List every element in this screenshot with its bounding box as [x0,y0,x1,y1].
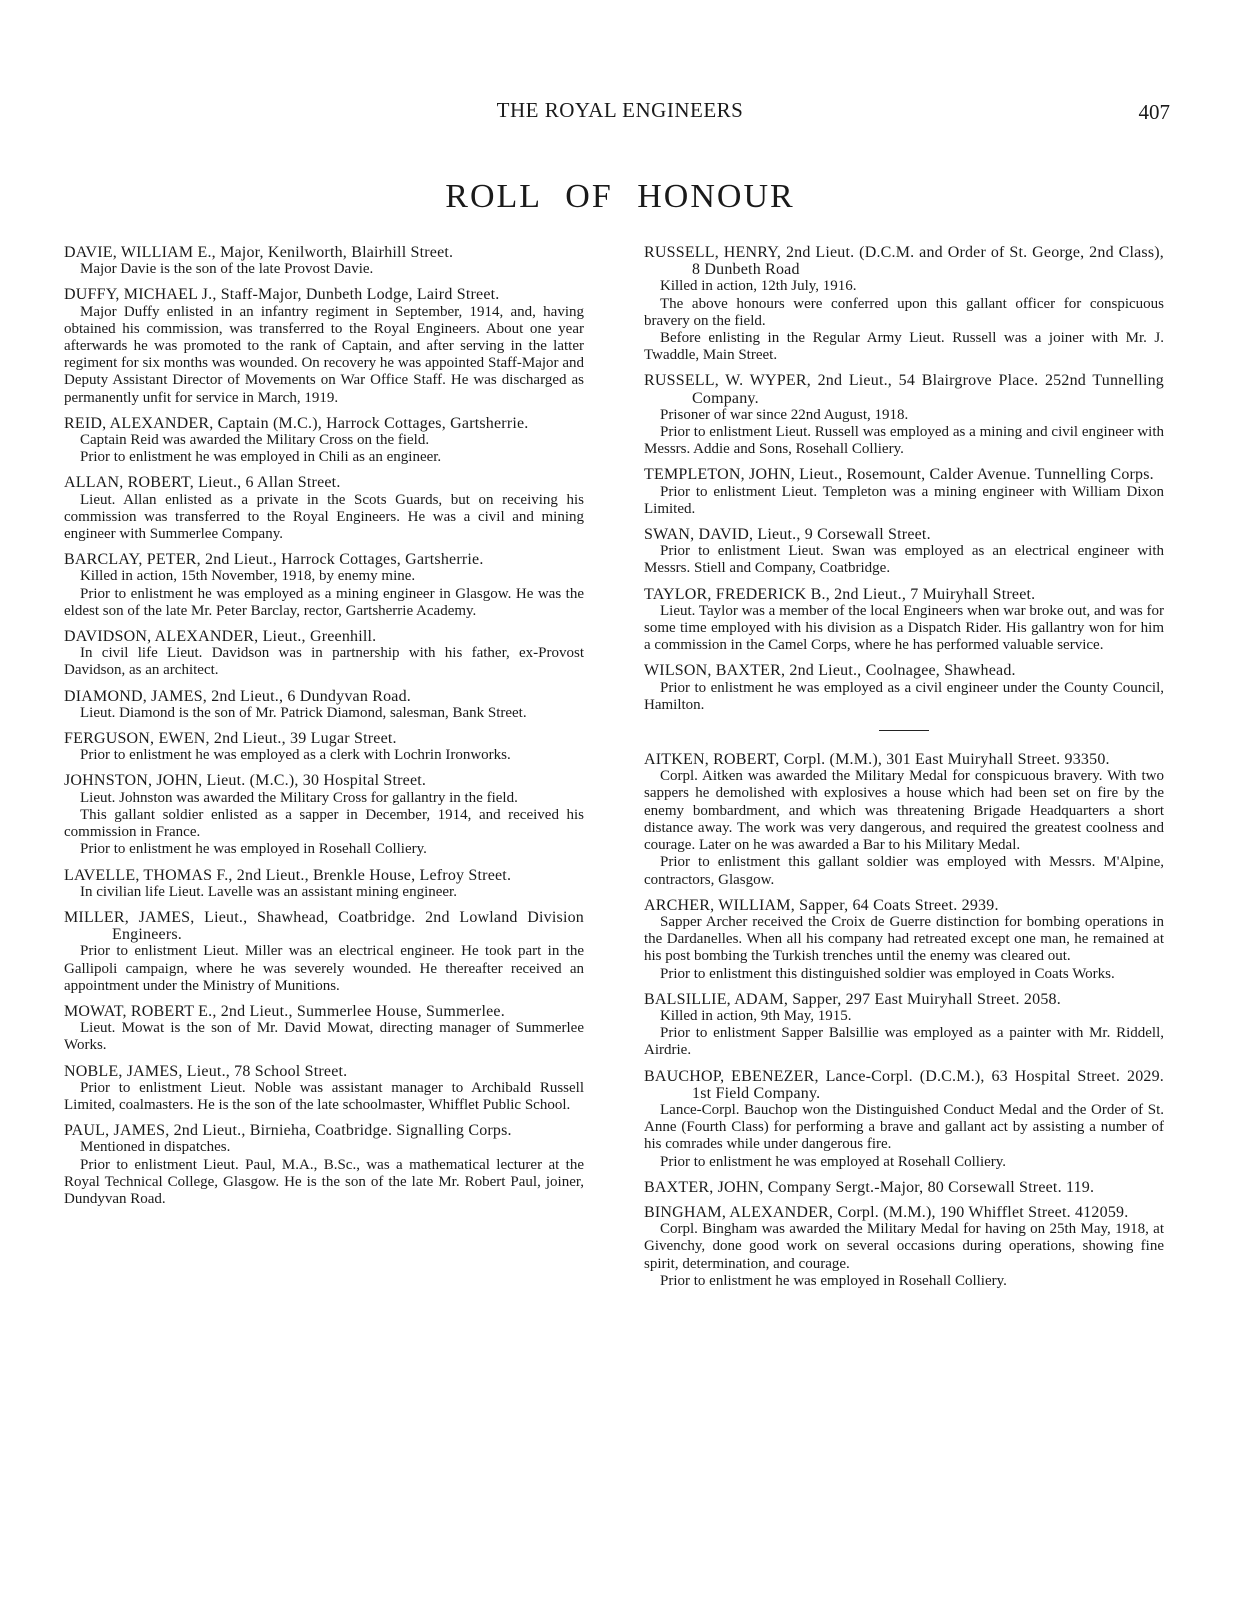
page-title: ROLL OF HONOUR [0,178,1240,216]
roll-entry: MILLER, JAMES, Lieut., Shawhead, Coatbri… [64,909,584,995]
entry-heading: BAXTER, JOHN, Company Sergt.-Major, 80 C… [644,1179,1164,1196]
page-number: 407 [1139,100,1171,125]
entry-paragraph: Prior to enlistment Lieut. Noble was ass… [64,1080,584,1114]
entry-paragraph: In civilian life Lieut. Lavelle was an a… [64,884,584,901]
entry-heading: DIAMOND, JAMES, 2nd Lieut., 6 Dundyvan R… [64,688,584,705]
entry-paragraph: In civil life Lieut. Davidson was in par… [64,645,584,679]
entry-heading: DUFFY, MICHAEL J., Staff-Major, Dunbeth … [64,286,584,303]
roll-entry: AITKEN, ROBERT, Corpl. (M.M.), 301 East … [644,751,1164,889]
roll-entry: DAVIDSON, ALEXANDER, Lieut., Greenhill.I… [64,628,584,680]
officers-section: RUSSELL, HENRY, 2nd Lieut. (D.C.M. and O… [644,244,1164,714]
entry-paragraph: Prior to enlistment he was employed at R… [644,1154,1164,1171]
entry-paragraph: Prior to enlistment Lieut. Miller was an… [64,943,584,995]
entry-heading: WILSON, BAXTER, 2nd Lieut., Coolnagee, S… [644,662,1164,679]
entry-heading: BINGHAM, ALEXANDER, Corpl. (M.M.), 190 W… [644,1204,1164,1221]
entry-heading: RUSSELL, W. WYPER, 2nd Lieut., 54 Blairg… [644,372,1164,406]
roll-entry: TEMPLETON, JOHN, Lieut., Rosemount, Cald… [644,466,1164,518]
entry-paragraph: Corpl. Bingham was awarded the Military … [644,1221,1164,1273]
entry-paragraph: Corpl. Aitken was awarded the Military M… [644,768,1164,854]
entry-paragraph: Prior to enlistment this distinguished s… [644,966,1164,983]
entry-paragraph: Prior to enlistment he was employed in C… [64,449,584,466]
entry-paragraph: Killed in action, 9th May, 1915. [644,1008,1164,1025]
entry-heading: BALSILLIE, ADAM, Sapper, 297 East Muiryh… [644,991,1164,1008]
entry-paragraph: Prior to enlistment this gallant soldier… [644,854,1164,888]
entry-paragraph: Sapper Archer received the Croix de Guer… [644,914,1164,966]
roll-entry: LAVELLE, THOMAS F., 2nd Lieut., Brenkle … [64,867,584,901]
roll-entry: BINGHAM, ALEXANDER, Corpl. (M.M.), 190 W… [644,1204,1164,1290]
roll-entry: DUFFY, MICHAEL J., Staff-Major, Dunbeth … [64,286,584,406]
roll-entry: MOWAT, ROBERT E., 2nd Lieut., Summerlee … [64,1003,584,1055]
roll-entry: RUSSELL, HENRY, 2nd Lieut. (D.C.M. and O… [644,244,1164,364]
entry-heading: NOBLE, JAMES, Lieut., 78 School Street. [64,1063,584,1080]
left-column: DAVIE, WILLIAM E., Major, Kenilworth, Bl… [64,244,584,1216]
entry-paragraph: This gallant soldier enlisted as a sappe… [64,807,584,841]
entry-paragraph: Major Davie is the son of the late Provo… [64,261,584,278]
entry-paragraph: Killed in action, 12th July, 1916. [644,278,1164,295]
roll-entry: NOBLE, JAMES, Lieut., 78 School Street.P… [64,1063,584,1115]
roll-entry: BAXTER, JOHN, Company Sergt.-Major, 80 C… [644,1179,1164,1196]
roll-entry: BAUCHOP, EBENEZER, Lance-Corpl. (D.C.M.)… [644,1068,1164,1171]
roll-entry: ARCHER, WILLIAM, Sapper, 64 Coats Street… [644,897,1164,983]
entry-heading: FERGUSON, EWEN, 2nd Lieut., 39 Lugar Str… [64,730,584,747]
entry-paragraph: Prior to enlistment he was employed in R… [644,1273,1164,1290]
entry-paragraph: Prior to enlistment he was employed as a… [64,747,584,764]
entry-paragraph: Lieut. Mowat is the son of Mr. David Mow… [64,1020,584,1054]
entry-paragraph: Prior to enlistment he was employed as a… [64,586,584,620]
roll-entry: ALLAN, ROBERT, Lieut., 6 Allan Street.Li… [64,474,584,543]
entry-paragraph: Mentioned in dispatches. [64,1139,584,1156]
entry-paragraph: Prior to enlistment Lieut. Templeton was… [644,484,1164,518]
entry-heading: LAVELLE, THOMAS F., 2nd Lieut., Brenkle … [64,867,584,884]
entry-paragraph: Lieut. Johnston was awarded the Military… [64,790,584,807]
roll-entry: SWAN, DAVID, Lieut., 9 Corsewall Street.… [644,526,1164,578]
roll-entry: JOHNSTON, JOHN, Lieut. (M.C.), 30 Hospit… [64,772,584,858]
running-title: THE ROYAL ENGINEERS [0,98,1240,123]
entry-heading: TEMPLETON, JOHN, Lieut., Rosemount, Cald… [644,466,1164,483]
entry-paragraph: Lieut. Allan enlisted as a private in th… [64,492,584,544]
entry-heading: ALLAN, ROBERT, Lieut., 6 Allan Street. [64,474,584,491]
entry-heading: MOWAT, ROBERT E., 2nd Lieut., Summerlee … [64,1003,584,1020]
roll-entry: DIAMOND, JAMES, 2nd Lieut., 6 Dundyvan R… [64,688,584,722]
entry-heading: MILLER, JAMES, Lieut., Shawhead, Coatbri… [64,909,584,943]
roll-entry: TAYLOR, FREDERICK B., 2nd Lieut., 7 Muir… [644,586,1164,655]
roll-entry: BARCLAY, PETER, 2nd Lieut., Harrock Cott… [64,551,584,620]
roll-entry: FERGUSON, EWEN, 2nd Lieut., 39 Lugar Str… [64,730,584,764]
entry-heading: TAYLOR, FREDERICK B., 2nd Lieut., 7 Muir… [644,586,1164,603]
entry-heading: JOHNSTON, JOHN, Lieut. (M.C.), 30 Hospit… [64,772,584,789]
other-ranks-section: AITKEN, ROBERT, Corpl. (M.M.), 301 East … [644,751,1164,1290]
entry-paragraph: Captain Reid was awarded the Military Cr… [64,432,584,449]
entry-paragraph: Prior to enlistment he was employed in R… [64,841,584,858]
roll-entry: WILSON, BAXTER, 2nd Lieut., Coolnagee, S… [644,662,1164,714]
entry-heading: PAUL, JAMES, 2nd Lieut., Birnieha, Coatb… [64,1122,584,1139]
roll-entry: REID, ALEXANDER, Captain (M.C.), Harrock… [64,415,584,467]
entry-paragraph: Killed in action, 15th November, 1918, b… [64,568,584,585]
right-column: RUSSELL, HENRY, 2nd Lieut. (D.C.M. and O… [644,244,1164,1298]
entry-paragraph: Prior to enlistment Lieut. Swan was empl… [644,543,1164,577]
entry-heading: ARCHER, WILLIAM, Sapper, 64 Coats Street… [644,897,1164,914]
entry-heading: RUSSELL, HENRY, 2nd Lieut. (D.C.M. and O… [644,244,1164,278]
entry-paragraph: Before enlisting in the Regular Army Lie… [644,330,1164,364]
entry-paragraph: Prior to enlistment Lieut. Paul, M.A., B… [64,1157,584,1209]
entry-paragraph: Lieut. Taylor was a member of the local … [644,603,1164,655]
roll-entry: PAUL, JAMES, 2nd Lieut., Birnieha, Coatb… [64,1122,584,1208]
entry-heading: REID, ALEXANDER, Captain (M.C.), Harrock… [64,415,584,432]
roll-entry: BALSILLIE, ADAM, Sapper, 297 East Muiryh… [644,991,1164,1060]
section-divider [879,730,929,731]
entry-heading: AITKEN, ROBERT, Corpl. (M.M.), 301 East … [644,751,1164,768]
entry-paragraph: Prior to enlistment Sapper Balsillie was… [644,1025,1164,1059]
entry-heading: BARCLAY, PETER, 2nd Lieut., Harrock Cott… [64,551,584,568]
entry-paragraph: Major Duffy enlisted in an infantry regi… [64,304,584,407]
entry-paragraph: The above honours were conferred upon th… [644,296,1164,330]
entry-heading: SWAN, DAVID, Lieut., 9 Corsewall Street. [644,526,1164,543]
entry-heading: DAVIDSON, ALEXANDER, Lieut., Greenhill. [64,628,584,645]
entry-heading: DAVIE, WILLIAM E., Major, Kenilworth, Bl… [64,244,584,261]
roll-entry: DAVIE, WILLIAM E., Major, Kenilworth, Bl… [64,244,584,278]
entry-paragraph: Prior to enlistment Lieut. Russell was e… [644,424,1164,458]
entry-paragraph: Prior to enlistment he was employed as a… [644,680,1164,714]
entry-paragraph: Prisoner of war since 22nd August, 1918. [644,407,1164,424]
roll-entry: RUSSELL, W. WYPER, 2nd Lieut., 54 Blairg… [644,372,1164,458]
entry-paragraph: Lieut. Diamond is the son of Mr. Patrick… [64,705,584,722]
entry-heading: BAUCHOP, EBENEZER, Lance-Corpl. (D.C.M.)… [644,1068,1164,1102]
entry-paragraph: Lance-Corpl. Bauchop won the Distinguish… [644,1102,1164,1154]
